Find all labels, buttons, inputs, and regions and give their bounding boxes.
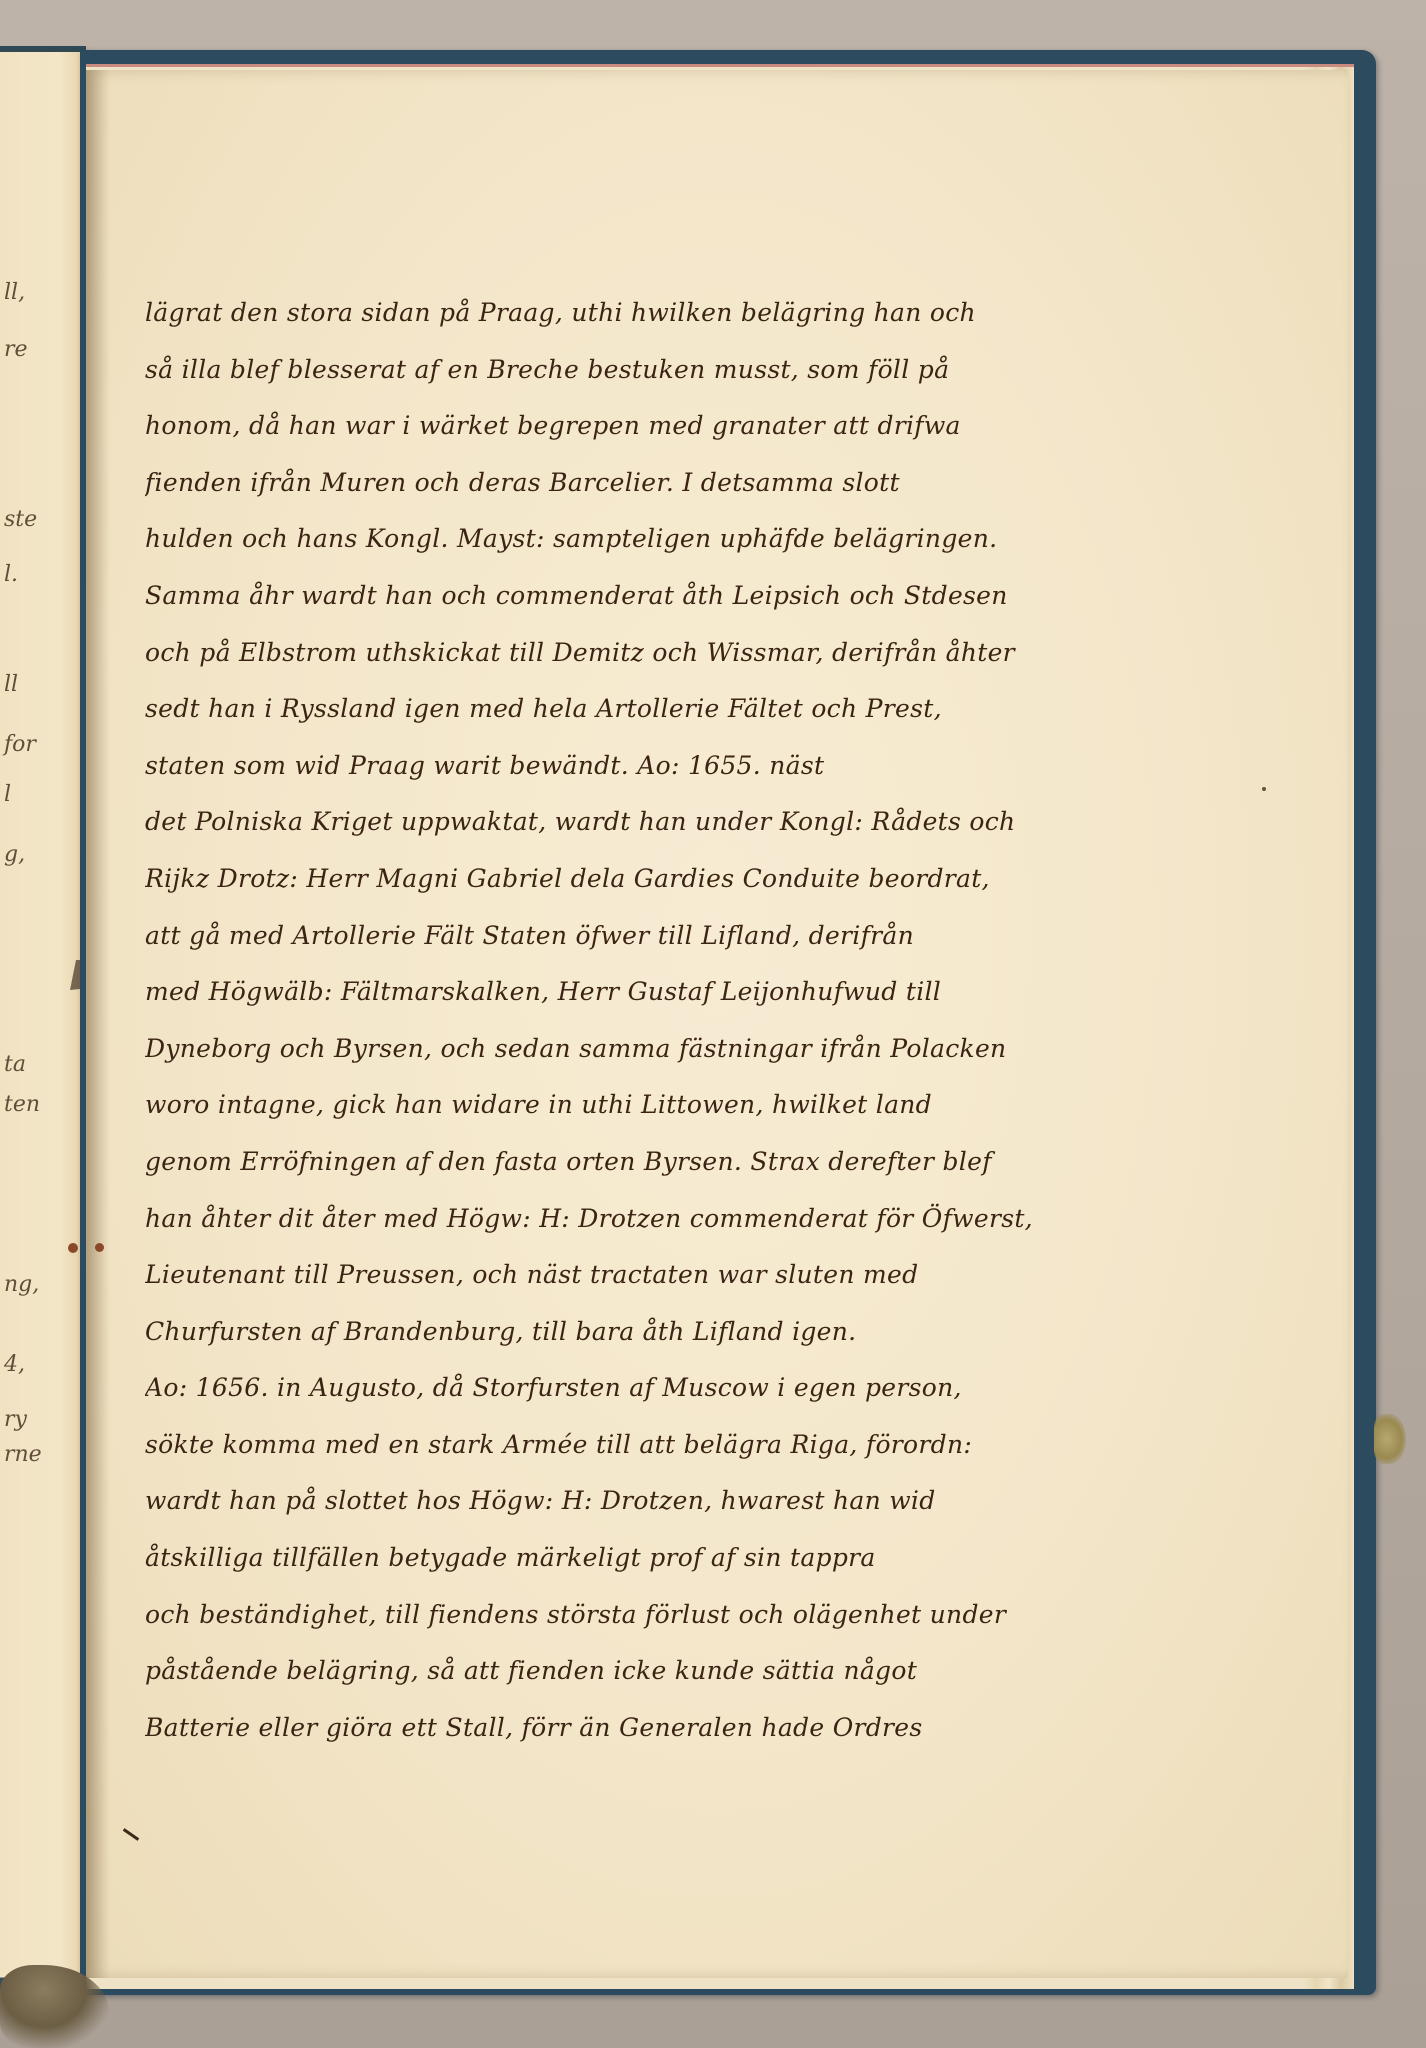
text-line: så illa blef blesserat af en Breche best…	[145, 342, 1105, 399]
left-page-fragment: g,	[4, 842, 25, 867]
left-page-fragment: l.	[4, 562, 18, 587]
manuscript-text: lägrat den stora sidan på Praag, uthi hw…	[145, 285, 1105, 1756]
text-line: Batterie eller giöra ett Stall, förr än …	[145, 1700, 1105, 1757]
text-line: lägrat den stora sidan på Praag, uthi hw…	[145, 285, 1105, 342]
text-line: Lieutenant till Preussen, och näst tract…	[145, 1247, 1105, 1304]
ink-stain	[68, 1243, 78, 1253]
text-line: åtskilliga tillfällen betygade märkeligt…	[145, 1530, 1105, 1587]
left-page-fragment: ng,	[4, 1272, 39, 1297]
left-page-fragment: ta	[4, 1052, 26, 1077]
text-line: staten som wid Praag warit bewändt. Ao: …	[145, 738, 1105, 795]
text-line: Churfursten af Brandenburg, till bara åt…	[145, 1304, 1105, 1361]
text-line: fienden ifrån Muren och deras Barcelier.…	[145, 455, 1105, 512]
ink-stain	[95, 1243, 104, 1252]
text-line: han åhter dit åter med Högw: H: Drotzen …	[145, 1191, 1105, 1248]
gutter-shadow	[86, 70, 110, 1978]
text-line: att gå med Artollerie Fält Staten öfwer …	[145, 908, 1105, 965]
text-line: sökte komma med en stark Armée till att …	[145, 1417, 1105, 1474]
left-page-fragment: ry	[4, 1407, 27, 1432]
bookmark-tassel-right	[1374, 1414, 1406, 1464]
left-page-fragment: ll,	[4, 280, 25, 305]
left-page-fragment: rne	[4, 1442, 42, 1467]
text-line: och beständighet, till fiendens största …	[145, 1587, 1105, 1644]
text-line: honom, då han war i wärket begrepen med …	[145, 398, 1105, 455]
text-line: och på Elbstrom uthskickat till Demitz o…	[145, 625, 1105, 682]
left-page-fragment: l	[4, 782, 11, 807]
text-line: sedt han i Ryssland igen med hela Artoll…	[145, 681, 1105, 738]
text-line: Ao: 1656. in Augusto, då Storfursten af …	[145, 1360, 1105, 1417]
left-page-fragment: re	[4, 337, 28, 362]
ink-dot	[1262, 787, 1266, 791]
text-line: hulden och hans Kongl. Mayst: samptelige…	[145, 511, 1105, 568]
text-line: woro intagne, gick han widare in uthi Li…	[145, 1077, 1105, 1134]
left-page-fragment: ste	[4, 507, 37, 532]
text-line: Rijkz Drotz: Herr Magni Gabriel dela Gar…	[145, 851, 1105, 908]
left-page-edge: ll, re ste l. ll for l g, ta ten ng, 4, …	[0, 52, 86, 1977]
text-line: genom Erröfningen af den fasta orten Byr…	[145, 1134, 1105, 1191]
text-line: det Polniska Kriget uppwaktat, wardt han…	[145, 794, 1105, 851]
text-line: wardt han på slottet hos Högw: H: Drotze…	[145, 1473, 1105, 1530]
left-page-fragment: 4,	[4, 1352, 25, 1377]
text-line: med Högwälb: Fältmarskalken, Herr Gustaf…	[145, 964, 1105, 1021]
text-line: Samma åhr wardt han och commenderat åth …	[145, 568, 1105, 625]
left-page-fragment: ll	[4, 672, 18, 697]
left-page-fragment: ten	[4, 1092, 40, 1117]
left-page-fragment: for	[4, 732, 36, 757]
text-line: Dyneborg och Byrsen, och sedan samma fäs…	[145, 1021, 1105, 1078]
text-line: påstående belägring, så att fienden icke…	[145, 1643, 1105, 1700]
